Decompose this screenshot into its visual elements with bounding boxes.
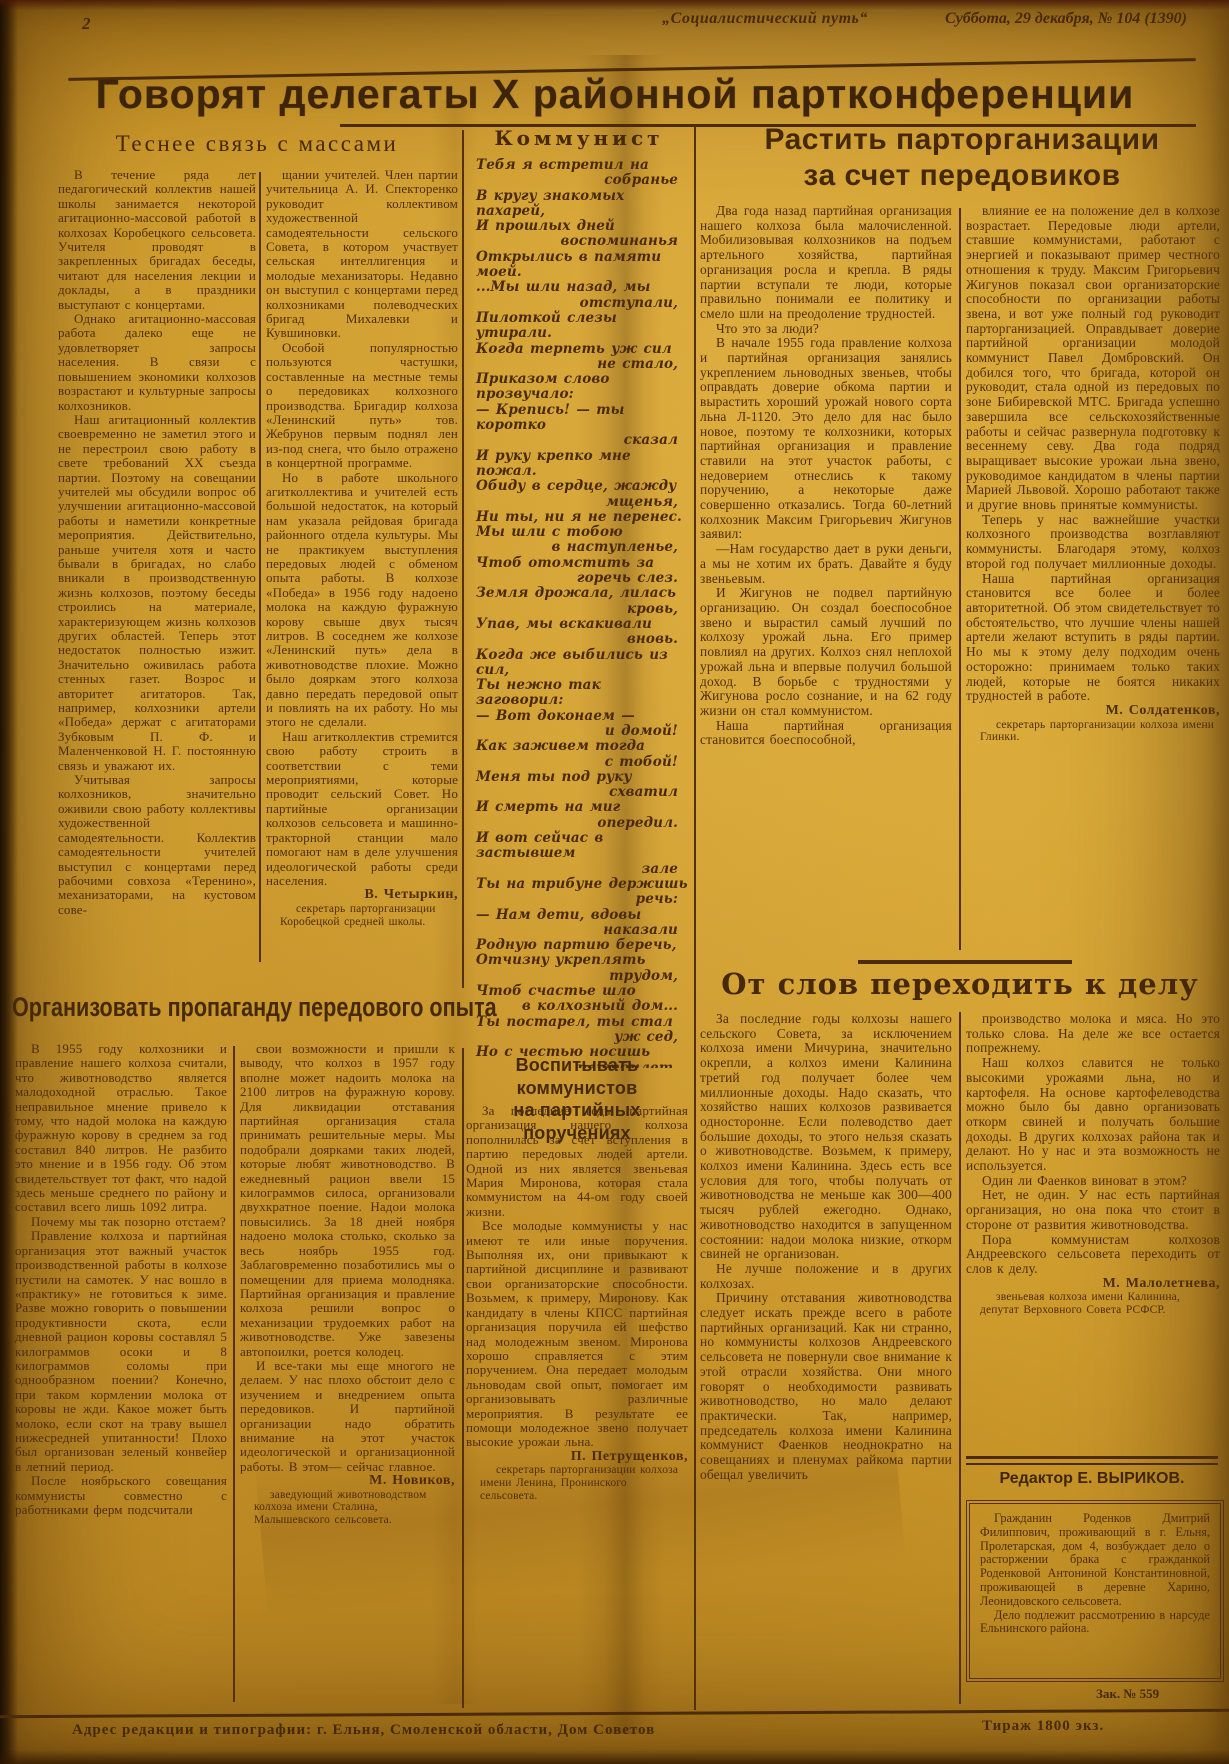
poem-body: Тебя я встретил насобраньеВ кругу знаком… xyxy=(472,158,688,1068)
paragraph: Все молодые коммунисты у нас имеют те ил… xyxy=(466,1219,688,1450)
poem-line: отступали, xyxy=(472,296,688,311)
article-propaganda-column-1: В 1955 году колхозники и правление нашег… xyxy=(15,1042,227,1704)
editor-double-rule xyxy=(966,1456,1218,1465)
poem-line: воспоминанья xyxy=(472,234,688,249)
signature-soldatenkov-role: секретарь парторганизации колхоза имени … xyxy=(966,719,1220,745)
column-rule xyxy=(462,130,464,988)
column-rule xyxy=(959,208,961,950)
paper-edge-top xyxy=(0,0,1229,10)
poem-line: Отчизну укреплять xyxy=(472,953,688,968)
article-propaganda-title: Организовать пропаганду передового опыта xyxy=(12,994,460,1021)
article-words-column-1: За последние годы колхозы нашего сельско… xyxy=(700,1012,952,1712)
poem-line: И прошлых дней xyxy=(472,219,688,234)
paragraph: —Нам государство дает в руки деньги, а м… xyxy=(700,542,952,586)
signature-novikov-role: заведующий животноводством колхоза имени… xyxy=(240,1489,455,1527)
poem-line: — Крепись! — ты коротко xyxy=(472,403,688,434)
poem-line: с тобой! xyxy=(472,755,688,770)
paragraph: Нет, не один. У нас есть партийная орган… xyxy=(966,1188,1220,1232)
article-grow-title-line2: за счет передовиков xyxy=(698,158,1226,194)
poem-line: собранье xyxy=(472,173,688,188)
article-masses-column-1: В течение ряда лет педагогический коллек… xyxy=(58,168,256,968)
order-number: Зак. № 559 xyxy=(1096,1686,1159,1702)
poem-line: и домой! xyxy=(472,724,688,739)
poem-line: речь: xyxy=(472,892,688,907)
section-divider-rule xyxy=(858,960,1072,964)
paragraph: За последние годы партийная организация … xyxy=(466,1104,688,1219)
paragraph: И все-таки мы еще многого не делаем. У н… xyxy=(240,1359,455,1474)
column-rule xyxy=(959,1012,961,1704)
article-grow-title: Растить парторганизации за счет передови… xyxy=(698,122,1226,194)
signature-soldatenkov: М. Солдатенков, xyxy=(966,704,1220,719)
poem-line: Обиду в сердце, жажду xyxy=(472,479,688,494)
paragraph: После ноябрьского совещания коммунисты с… xyxy=(15,1474,227,1517)
article-grow-column-1: Два года назад партийная организация наш… xyxy=(700,204,952,956)
signature-maloletneva-role: звеньевая колхоза имени Калинина, депута… xyxy=(966,1291,1220,1317)
poem-line: Родную партию беречь, xyxy=(472,938,688,953)
signature-maloletneva: М. Малолетнева, xyxy=(966,1277,1220,1292)
poem-line: Упав, мы вскакивали xyxy=(472,617,688,632)
main-headline: Говорят делегаты X районной партконферен… xyxy=(55,74,1175,115)
paragraph: Пора коммунистам колхозов Андреевского с… xyxy=(966,1233,1220,1277)
paragraph: За последние годы колхозы нашего сельско… xyxy=(700,1012,952,1262)
editor-line: Редактор Е. ВЫРИКОВ. xyxy=(966,1470,1218,1488)
paragraph: влияние ее на положение дел в колхозе во… xyxy=(966,204,1220,513)
poem-line: И смерть на миг xyxy=(472,800,688,815)
paragraph: Особой популярностью пользуются частушки… xyxy=(266,341,458,471)
paragraph: Наш колхоз славится не только высокими у… xyxy=(966,1056,1220,1174)
poem-line: не стало, xyxy=(472,357,688,372)
article-educate-body: За последние годы партийная организация … xyxy=(466,1104,688,1706)
paragraph: производство молока и мяса. Но это тольк… xyxy=(966,1012,1220,1056)
paragraph: Почему мы так позорно отстаем? xyxy=(15,1215,227,1229)
paragraph: Гражданин Роденков Дмитрий Филиппович, п… xyxy=(980,1512,1210,1609)
paragraph: В течение ряда лет педагогический коллек… xyxy=(58,168,256,312)
paragraph: Наш агитколлектив стремится свою работу … xyxy=(266,730,458,888)
paragraph: Учитывая запросы колхозников, значительн… xyxy=(58,773,256,917)
paragraph: В начале 1955 года правление колхоза и п… xyxy=(700,336,952,542)
article-words-title: От слов переходить к делу xyxy=(698,970,1222,999)
paragraph: Два года назад партийная организация наш… xyxy=(700,204,952,322)
poem-line: В кругу знакомых пахарей, xyxy=(472,189,688,220)
footer-address: Адрес редакции и типографии: г. Ельня, С… xyxy=(72,1722,972,1739)
poem-line: Ты постарел, ты стал xyxy=(472,1015,688,1030)
article-masses-column-2: щании учителей. Член партии учительница … xyxy=(266,168,458,998)
column-rule xyxy=(462,1048,464,1708)
poem-line: Как заживем тогда xyxy=(472,739,688,754)
poem-line: трудом, xyxy=(472,969,688,984)
column-rule xyxy=(233,1046,235,1702)
poem-line: схватил xyxy=(472,785,688,800)
poem-line: Открылись в памяти моей. xyxy=(472,250,688,281)
paragraph: Теперь у нас важнейшие участки колхозног… xyxy=(966,513,1220,572)
poem-line: Когда же выбились из сил, xyxy=(472,648,688,679)
paragraph: Один ли Фаенков виноват в этом? xyxy=(966,1174,1220,1189)
signature-chetyrkin-role: секретарь парторганизации Коробецкой сре… xyxy=(266,903,458,929)
poem-line: — Нам дети, вдовы xyxy=(472,908,688,923)
poem-line: в колхозный дом... xyxy=(472,999,688,1014)
poem-line: Тебя я встретил на xyxy=(472,158,688,173)
signature-petrushchenkov: П. Петрущенков, xyxy=(466,1450,688,1464)
signature-petrushchenkov-role: секретарь парторганизации колхоза имени … xyxy=(466,1464,688,1502)
poem-line: Приказом слово прозвучало: xyxy=(472,372,688,403)
paragraph: Не лучше положение и в других колхозах. xyxy=(700,1262,952,1291)
poem-title: Коммунист xyxy=(468,127,690,149)
poem-line: Чтоб отомстить за xyxy=(472,556,688,571)
poem-line: — Вот доконаем — xyxy=(472,709,688,724)
article-words-column-2: производство молока и мяса. Но это тольк… xyxy=(966,1012,1220,1454)
paragraph: Наша партийная организация становится бо… xyxy=(700,719,952,748)
poem-line: сказал xyxy=(472,433,688,448)
page-number: 2 xyxy=(82,14,91,34)
article-grow-column-2: влияние ее на положение дел в колхозе во… xyxy=(966,204,1220,956)
poem-line: мщенья, xyxy=(472,495,688,510)
poem-line: Пилоткой слезы утирали. xyxy=(472,311,688,342)
poem-line: Мы шли с тобою xyxy=(472,525,688,540)
poem-line: опередил. xyxy=(472,816,688,831)
poem-line: зале xyxy=(472,862,688,877)
poem-line: И вот сейчас в застывшем xyxy=(472,831,688,862)
paragraph: И Жигунов не подвел партийную организаци… xyxy=(700,586,952,718)
article-educate-title-line1: Воспитывать коммунистов xyxy=(464,1054,690,1099)
column-rule xyxy=(259,172,261,962)
article-grow-title-line1: Растить парторганизации xyxy=(698,122,1226,158)
paragraph: Однако агитационно-массовая работа далек… xyxy=(58,312,256,413)
paragraph: В 1955 году колхозники и правление нашег… xyxy=(15,1042,227,1215)
footer-tirazh: Тираж 1800 экз. xyxy=(982,1718,1104,1735)
poem-line: Ты на трибуне держишь xyxy=(472,877,688,892)
paragraph: Дело подлежит рассмотрению в нарсуде Ель… xyxy=(980,1609,1210,1637)
newspaper-page: 2 „Социалистический путь“ Суббота, 29 де… xyxy=(0,0,1229,1764)
signature-chetyrkin: В. Четыркин, xyxy=(266,888,458,902)
poem-line: Когда терпеть уж сил xyxy=(472,342,688,357)
paragraph: Наш агитационный коллектив своевременно … xyxy=(58,413,256,773)
article-propaganda-column-2: свои возможности и пришли к выводу, что … xyxy=(240,1042,455,1704)
poem-line: кровь, xyxy=(472,602,688,617)
paper-edge-bottom xyxy=(0,1750,1229,1764)
signature-novikov: М. Новиков, xyxy=(240,1474,455,1488)
poem-line: Ни ты, ни я не перенес. xyxy=(472,510,688,525)
poem-line: в наступленье, xyxy=(472,540,688,555)
paragraph: Наша партийная организация становится вс… xyxy=(966,572,1220,704)
paragraph: щании учителей. Член партии учительница … xyxy=(266,168,458,341)
paragraph: Что это за люди? xyxy=(700,322,952,337)
poem-line: горечь слез. xyxy=(472,571,688,586)
poem-line: Меня ты под руку xyxy=(472,770,688,785)
paragraph: свои возможности и пришли к выводу, что … xyxy=(240,1042,455,1359)
divorce-notice-box: Гражданин Роденков Дмитрий Филиппович, п… xyxy=(966,1500,1224,1682)
poem-line: ...Мы шли назад, мы xyxy=(472,280,688,295)
paragraph: Причину отставания животноводства следуе… xyxy=(700,1291,952,1482)
poem-line: вновь. xyxy=(472,632,688,647)
dateline: Суббота, 29 декабря, № 104 (1390) xyxy=(757,10,1187,28)
poem-line: наказали xyxy=(472,923,688,938)
paragraph: Правление колхоза и партийная организаци… xyxy=(15,1229,227,1474)
column-rule xyxy=(694,126,696,1710)
paragraph: Но в работе школьного агитколлектива и у… xyxy=(266,471,458,730)
article-masses-title: Теснее связь с массами xyxy=(56,131,458,156)
poem-line: Земля дрожала, лилась xyxy=(472,586,688,601)
poem-line: И руку крепко мне пожал. xyxy=(472,449,688,480)
poem-line: уж сед, xyxy=(472,1030,688,1045)
poem-line: Ты нежно так заговорил: xyxy=(472,678,688,709)
poem-line: Чтоб счастье шло xyxy=(472,984,688,999)
